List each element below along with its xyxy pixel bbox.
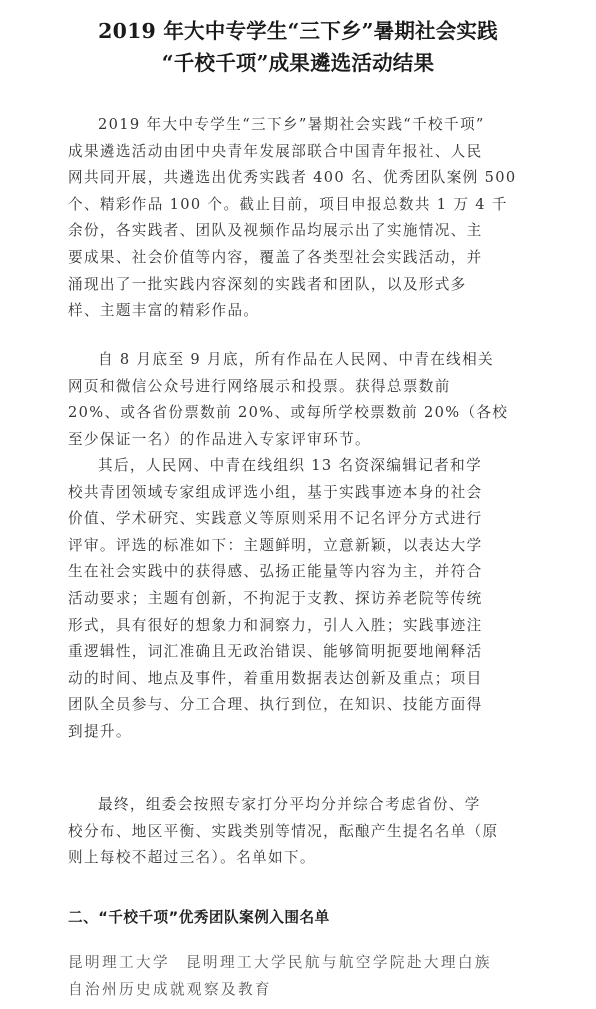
text-line: 余份，各实践者、团队及视频作品均展示出了实施情况、主 bbox=[68, 218, 508, 245]
school-name: 昆明理工大学 bbox=[68, 950, 170, 977]
text-line: 个、精彩作品 100 个。截止目前，项目申报总数共 1 万 4 千 bbox=[68, 192, 508, 219]
text-line: 网页和微信公众号进行网络展示和投票。获得总票数前 bbox=[68, 374, 508, 401]
text-line: 涌现出了一批实践内容深刻的实践者和团队，以及形式多 bbox=[68, 272, 508, 299]
section-heading: 二、“千校千项”优秀团队案例入围名单 bbox=[68, 906, 330, 927]
document-title-line-2: “千校千项”成果遴选活动结果 bbox=[0, 46, 596, 76]
text-line: 最终，组委会按照专家打分平均分并综合考虑省份、学 bbox=[68, 792, 508, 819]
text-line: 活动要求；主题有创新，不拘泥于支教、探访养老院等传统 bbox=[68, 586, 508, 613]
document-title-line-1: 2019 年大中专学生“三下乡”暑期社会实践 bbox=[0, 14, 596, 44]
text-line: 校分布、地区平衡、实践类别等情况，酝酿产生提名名单（原 bbox=[68, 819, 508, 846]
text-line: 生在社会实践中的获得感、弘扬正能量等内容为主，并符合 bbox=[68, 559, 508, 586]
list-item: 昆明理工大学昆明理工大学民航与航空学院赴大理白族 自治州历史成就观察及教育 bbox=[68, 950, 528, 1003]
project-title-line: 昆明理工大学民航与航空学院赴大理白族 bbox=[186, 954, 492, 971]
text-line: 价值、学术研究、实践意义等原则采用不记名评分方式进行 bbox=[68, 506, 508, 533]
nominee-list: 昆明理工大学昆明理工大学民航与航空学院赴大理白族 自治州历史成就观察及教育 bbox=[68, 950, 528, 1003]
text-line: 样、主题丰富的精彩作品。 bbox=[68, 298, 508, 325]
text-line: 评审。评选的标准如下：主题鲜明，立意新颖，以表达大学 bbox=[68, 533, 508, 560]
text-line: 成果遴选活动由团中央青年发展部联合中国青年报社、人民 bbox=[68, 139, 508, 166]
text-line: 重逻辑性，词汇准确且无政治错误、能够简明扼要地阐释活 bbox=[68, 639, 508, 666]
text-line: 2019 年大中专学生“三下乡”暑期社会实践“千校千项” bbox=[68, 112, 508, 139]
paragraph-review-criteria: 其后，人民网、中青在线组织 13 名资深编辑记者和学 校共青团领域专家组成评选小… bbox=[68, 453, 508, 746]
text-line: 则上每校不超过三名）。名单如下。 bbox=[68, 845, 508, 872]
text-line: 形式，具有很好的想象力和洞察力，引人入胜；实践事迹注 bbox=[68, 613, 508, 640]
text-line: 到提升。 bbox=[68, 719, 508, 746]
text-line: 其后，人民网、中青在线组织 13 名资深编辑记者和学 bbox=[68, 453, 508, 480]
paragraph-intro: 2019 年大中专学生“三下乡”暑期社会实践“千校千项” 成果遴选活动由团中央青… bbox=[68, 112, 508, 325]
text-line: 团队全员参与、分工合理、执行到位，在知识、技能方面得 bbox=[68, 692, 508, 719]
text-line: 20%、或各省份票数前 20%、或每所学校票数前 20%（各校 bbox=[68, 400, 508, 427]
text-line: 自 8 月底至 9 月底，所有作品在人民网、中青在线相关 bbox=[68, 347, 508, 374]
paragraph-final: 最终，组委会按照专家打分平均分并综合考虑省份、学 校分布、地区平衡、实践类别等情… bbox=[68, 792, 508, 872]
text-line: 至少保证一名）的作品进入专家评审环节。 bbox=[68, 427, 508, 454]
project-title-line: 自治州历史成就观察及教育 bbox=[68, 977, 528, 1004]
text-line: 要成果、社会价值等内容，覆盖了各类型社会实践活动，并 bbox=[68, 245, 508, 272]
paragraph-voting: 自 8 月底至 9 月底，所有作品在人民网、中青在线相关 网页和微信公众号进行网… bbox=[68, 347, 508, 453]
text-line: 动的时间、地点及事件，着重用数据表达创新及重点；项目 bbox=[68, 666, 508, 693]
text-line: 网共同开展，共遴选出优秀实践者 400 名、优秀团队案例 500 bbox=[68, 165, 508, 192]
text-line: 校共青团领域专家组成评选小组，基于实践事迹本身的社会 bbox=[68, 480, 508, 507]
